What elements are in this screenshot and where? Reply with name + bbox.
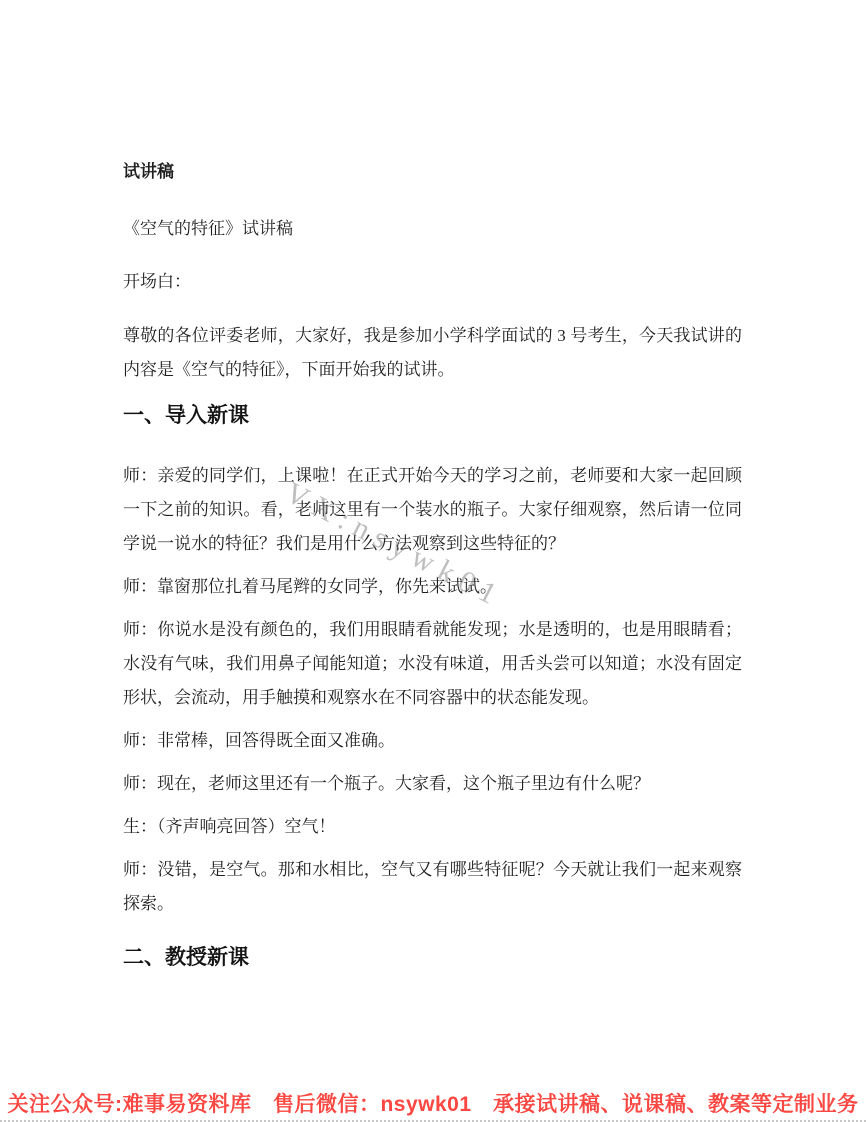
document-title: 试讲稿: [123, 155, 742, 189]
dialogue-paragraph: 生：（齐声响亮回答）空气！: [123, 810, 742, 844]
opening-paragraph: 尊敬的各位评委老师，大家好，我是参加小学科学面试的 3 号考生，今天我试讲的内容…: [123, 319, 742, 387]
document-body: 试讲稿 《空气的特征》试讲稿 开场白： 尊敬的各位评委老师，大家好，我是参加小学…: [123, 0, 742, 1001]
document-page: 试讲稿 《空气的特征》试讲稿 开场白： 尊敬的各位评委老师，大家好，我是参加小学…: [0, 0, 866, 1122]
dialogue-paragraph: 师：你说水是没有颜色的，我们用眼睛看就能发现；水是透明的，也是用眼睛看；水没有气…: [123, 613, 742, 715]
dialogue-paragraph: 师：靠窗那位扎着马尾辫的女同学，你先来试试。: [123, 570, 742, 604]
dialogue-paragraph: 师：现在，老师这里还有一个瓶子。大家看，这个瓶子里边有什么呢？: [123, 767, 742, 801]
dialogue-paragraph: 师：没错，是空气。那和水相比，空气又有哪些特征呢？今天就让我们一起来观察探索。: [123, 853, 742, 921]
dialogue-paragraph: 师：非常棒，回答得既全面又准确。: [123, 724, 742, 758]
section-heading-1: 一、导入新课: [123, 401, 742, 431]
promo-footer-banner: 关注公众号:难事易资料库 售后微信：nsywk01 承接试讲稿、说课稿、教案等定…: [0, 1088, 866, 1118]
dialogue-paragraph: 师：亲爱的同学们，上课啦！在正式开始今天的学习之前，老师要和大家一起回顾一下之前…: [123, 459, 742, 561]
section-heading-2: 二、教授新课: [123, 943, 742, 973]
opening-label: 开场白：: [123, 265, 742, 299]
document-subtitle: 《空气的特征》试讲稿: [123, 212, 742, 246]
